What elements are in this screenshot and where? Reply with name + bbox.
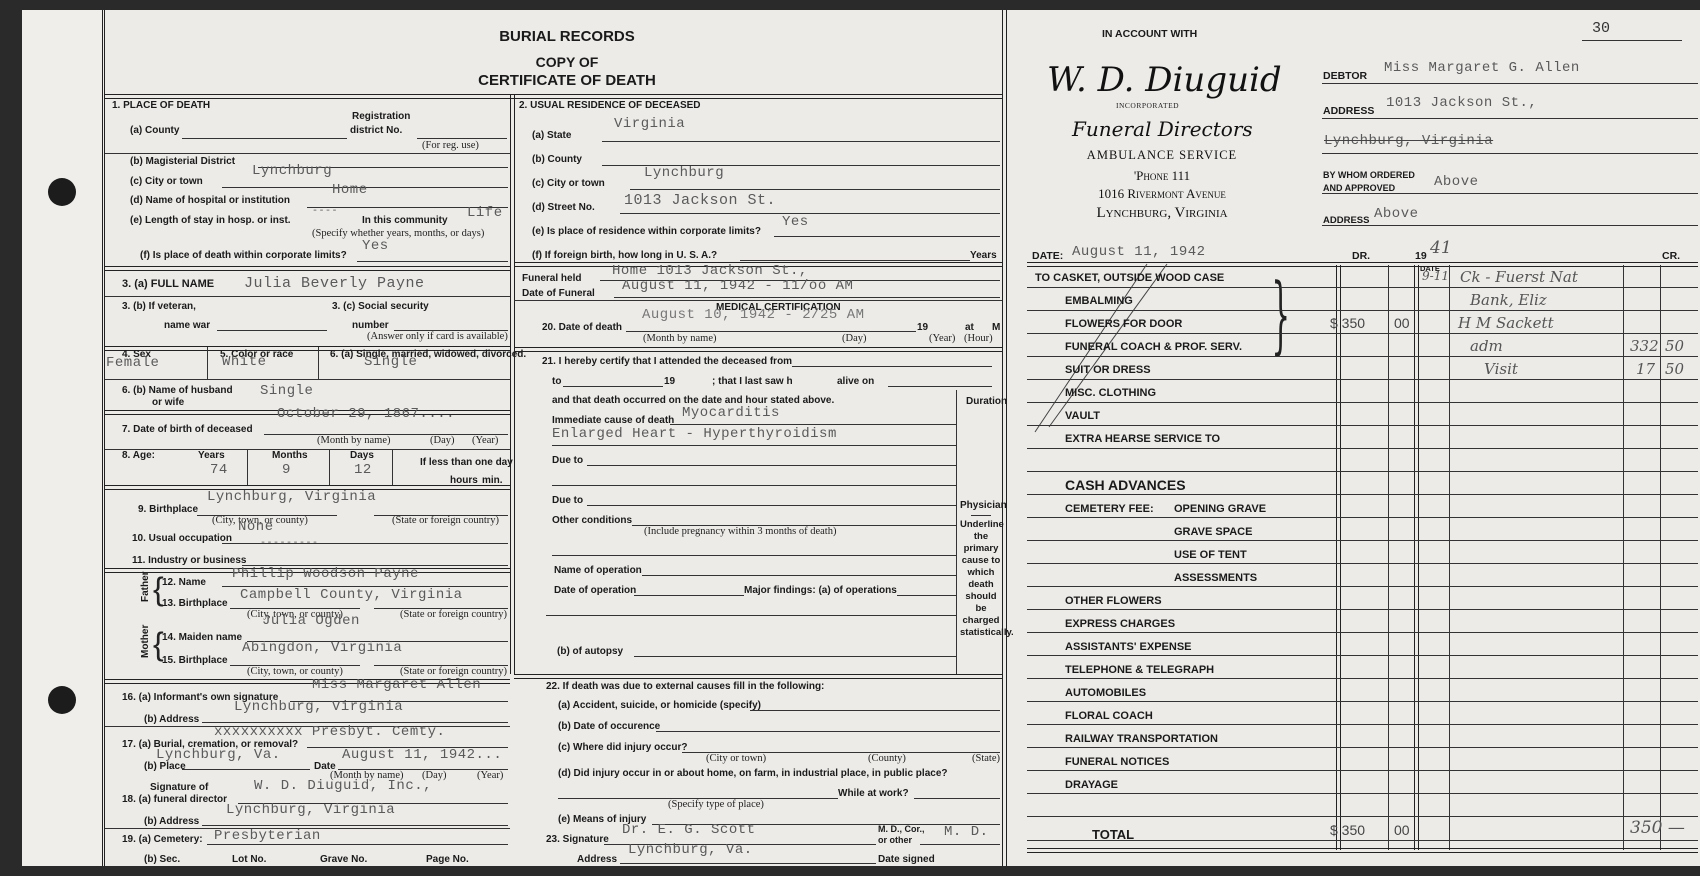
credit-note: Bank, Eliz [1470, 291, 1547, 309]
hint-year: (Year) [477, 770, 503, 781]
year-handwritten: 41 [1430, 238, 1452, 258]
ledger-item: FLOWERS FOR DOOR [1065, 318, 1182, 330]
hint-city: (City, town, or county) [247, 666, 343, 677]
full-name-label: 3. (a) FULL NAME [122, 278, 214, 290]
debtor-city-value: Lynchburg, Virginia [1324, 133, 1493, 149]
certify-label: 21. I hereby certify that I attended the… [542, 356, 792, 367]
rule [1027, 425, 1698, 426]
ordered-address-value: Above [1374, 206, 1419, 222]
column-date [1414, 265, 1419, 850]
rule [1027, 632, 1698, 633]
burial-date-value: August 11, 1942... [342, 747, 502, 763]
rule [182, 769, 310, 770]
rule [105, 379, 510, 380]
page-divider [1002, 10, 1007, 866]
rule [105, 153, 510, 154]
debtor-address-label: ADDRESS [1323, 105, 1374, 117]
rule [1027, 471, 1698, 472]
year-prefix: 19 [917, 322, 928, 333]
street-label: 1016 Rivermont Avenue [1077, 186, 1247, 202]
informant-signature-value: Miss Margaret Allen [312, 677, 481, 693]
rule [207, 347, 208, 379]
rule [1027, 770, 1698, 771]
rule [207, 844, 508, 845]
rule [514, 674, 1002, 679]
date-col-value: 9-11 [1422, 269, 1449, 283]
residence-heading: 2. USUAL RESIDENCE OF DECEASED [519, 100, 701, 111]
signature-label: 23. Signature [546, 834, 609, 845]
credit-amount-cents: 50 [1665, 337, 1684, 355]
rule [1322, 118, 1698, 119]
ledger-item: MISC. CLOTHING [1065, 387, 1156, 399]
ssn-label: 3. (c) Social security [332, 301, 429, 312]
hint-month: (Month by name) [643, 333, 717, 344]
informant-address-label: (b) Address [144, 714, 199, 725]
external-heading: 22. If death was due to external causes … [546, 681, 824, 692]
ledger-item: CEMETERY FEE: [1065, 503, 1154, 515]
rule [888, 386, 992, 387]
rule [417, 138, 507, 139]
rule [1027, 402, 1698, 403]
credit-note: H M Sackett [1458, 314, 1554, 332]
rule [740, 260, 970, 261]
hint-county: (County) [868, 753, 906, 764]
rule [670, 424, 956, 425]
spouse-value: Single [260, 383, 313, 399]
rule [656, 731, 1000, 732]
rule [552, 445, 956, 446]
occurrence-label: (b) Date of occurence [558, 721, 660, 732]
rule [614, 297, 1000, 298]
director-value: W. D. Diuguid, Inc., [254, 778, 432, 794]
duration-label: Duration [966, 396, 1007, 407]
rule [1027, 678, 1698, 679]
specify-hint: (Specify whether years, months, or days) [312, 228, 484, 239]
physician-note-line: Physician [960, 500, 1002, 512]
director-address-label: (b) Address [144, 816, 199, 827]
op-date-label: Date of operation [554, 585, 636, 596]
hospital-label: (d) Name of hospital or institution [130, 195, 290, 206]
physician-note-line: statistically. [960, 627, 1002, 639]
rule [392, 449, 393, 485]
sig-address-label: Address [577, 854, 617, 865]
rule [546, 615, 956, 616]
spouse-label-2: or wife [152, 397, 184, 408]
rule [750, 710, 1000, 711]
corporate-value: Yes [362, 238, 389, 254]
sec-label: (b) Sec. [144, 854, 180, 865]
years-label: Years [970, 250, 997, 261]
rule [182, 138, 347, 139]
while-work-label: While at work? [838, 788, 909, 799]
mother-birthplace-label: 15. Birthplace [162, 655, 228, 666]
rule [602, 141, 1000, 142]
lot-label: Lot No. [232, 854, 266, 865]
rule [1027, 333, 1698, 334]
age-days-value: 12 [354, 462, 372, 478]
age-label: 8. Age: [122, 450, 155, 461]
state-label: (a) State [532, 130, 571, 141]
physician-note-line: should be [960, 591, 1002, 615]
due-to-label: Due to [552, 455, 583, 466]
industry-value: --------- [260, 538, 319, 549]
rule [634, 595, 744, 596]
birthplace-label: 9. Birthplace [138, 504, 198, 515]
ledger-item: OPENING GRAVE [1174, 503, 1266, 515]
punch-hole-icon [48, 686, 76, 714]
date-signed-label: Date signed [878, 854, 935, 865]
accident-label: (a) Accident, suicide, or homicide (spec… [558, 700, 761, 711]
rule [1027, 586, 1698, 587]
father-birthplace-value: Campbell County, Virginia [240, 587, 463, 603]
rule [563, 386, 663, 387]
rule [620, 863, 876, 864]
rule [914, 798, 1000, 799]
column-dollars [1336, 265, 1341, 850]
rule [105, 94, 1002, 99]
rule [587, 505, 956, 506]
res-city-value: Lynchburg [644, 165, 724, 181]
place-type-label: (d) Did injury occur in or about home, o… [558, 768, 947, 779]
hint-hour: (Hour) [964, 333, 993, 344]
ledger-item: RAILWAY TRANSPORTATION [1065, 733, 1218, 745]
year-prefix: 19 [1415, 250, 1427, 262]
operation-label: Name of operation [554, 565, 642, 576]
rule [552, 555, 956, 556]
death-date-value: August 10, 1942 - 2/25 AM [642, 307, 865, 323]
rule [1027, 540, 1698, 541]
ledger-item: DRAYAGE [1065, 779, 1118, 791]
credit-total: 350 — [1630, 818, 1685, 838]
funeral-held-label: Funeral held [522, 273, 581, 284]
rule [1027, 816, 1698, 817]
debtor-address-value: 1013 Jackson St., [1386, 95, 1537, 111]
ordered-value: Above [1434, 174, 1479, 190]
mother-maiden-label: 14. Maiden name [162, 632, 242, 643]
debtor-label: DEBTOR [1323, 70, 1367, 82]
charge-cents: 00 [1394, 315, 1410, 331]
firm-name-logo: W. D. Diuguid [1047, 60, 1282, 100]
punch-hole-icon [48, 178, 76, 206]
street-value: 1013 Jackson St. [624, 192, 776, 209]
ledger-item: EXPRESS CHARGES [1065, 618, 1175, 630]
rule [1027, 379, 1698, 380]
hospital-value: Home [332, 182, 368, 198]
account-date-label: DATE: [1032, 250, 1063, 262]
stay-label: (e) Length of stay in hosp. or inst. [130, 215, 291, 226]
rule [1027, 655, 1698, 656]
hint-state: (State or foreign country) [400, 666, 507, 677]
rule [920, 844, 1000, 845]
ledger-item: TO CASKET, OUTSIDE WOOD CASE [1035, 272, 1224, 284]
place-of-death-heading: 1. PLACE OF DEATH [112, 100, 210, 111]
rule [1027, 287, 1698, 288]
community-label: In this community [362, 215, 448, 226]
father-name-value: Phillip Woodson Payne [232, 566, 419, 582]
rule [1027, 848, 1698, 853]
alive-label: alive on [837, 376, 874, 387]
rule [514, 300, 1002, 301]
rule [105, 266, 510, 271]
father-side-label: Father [140, 571, 151, 602]
cert-title-3: CERTIFICATE OF DEATH [387, 72, 747, 89]
due-to-label: Due to [552, 495, 583, 506]
or-other-label: or other [878, 835, 912, 845]
ssn-number-label: number [352, 320, 389, 331]
ledger-item: TELEPHONE & TELEGRAPH [1065, 664, 1214, 676]
rule [587, 465, 956, 466]
ledger-item: SUIT OR DRESS [1065, 364, 1151, 376]
director-sig-label: Signature of [150, 782, 208, 793]
rule [1027, 448, 1698, 449]
brace-icon: } [1271, 272, 1290, 356]
rule [318, 347, 319, 379]
funeral-held-value: Home 1013 Jackson St., [612, 263, 808, 279]
cr-label: CR. [1662, 250, 1680, 262]
burial-value: xxxxxxxxxx Presbyt. Cemty. [214, 724, 445, 740]
name-war-label: name war [164, 320, 210, 331]
total-amount: $ 350 [1330, 822, 1365, 838]
community-value: Life [467, 205, 503, 221]
street-label: (d) Street No. [532, 202, 595, 213]
immediate-cause-label: Immediate cause of death [552, 415, 674, 426]
rule [217, 330, 327, 331]
marital-value: Single [364, 354, 417, 370]
year-prefix: 19 [664, 376, 675, 387]
total-cents: 00 [1394, 822, 1410, 838]
director-address-value: Lynchburg, Virginia [226, 802, 395, 818]
res-county-label: (b) County [532, 154, 582, 165]
binder-margin [22, 10, 105, 866]
father-name-label: 12. Name [162, 577, 206, 588]
specify-hint: (Specify type of place) [668, 799, 764, 810]
ledger-item: AUTOMOBILES [1065, 687, 1146, 699]
hint-state: (State or foreign country) [392, 515, 499, 526]
funeral-date-label: Date of Funeral [522, 288, 595, 299]
rule [514, 347, 1002, 352]
md-value: M. D. [944, 824, 989, 840]
ledger-item: GRAVE SPACE [1174, 526, 1252, 538]
birth-date-label: 7. Date of birth of deceased [122, 424, 253, 435]
m-label: M [992, 322, 1000, 333]
rule [1027, 701, 1698, 702]
physician-note: Physician Underline the primary cause to… [960, 500, 1002, 639]
phone-label: 'Phone 111 [1077, 168, 1247, 184]
mother-maiden-value: Julia Ogden [262, 613, 360, 629]
full-name-value: Julia Beverly Payne [244, 275, 425, 292]
rule [1027, 356, 1698, 357]
rule [357, 261, 508, 262]
ledger-item: ASSESSMENTS [1174, 572, 1257, 584]
credit-note: adm [1470, 337, 1503, 355]
credit-amount-cents: 50 [1665, 360, 1684, 378]
rule [630, 189, 1000, 190]
ledger-item: ASSISTANTS' EXPENSE [1065, 641, 1192, 653]
signature-value: Dr. E. G. Scott [622, 822, 756, 838]
ledger-item: EXTRA HEARSE SERVICE TO [1065, 433, 1220, 445]
column-cr-dollars [1623, 265, 1624, 850]
cemetery-value: Presbyterian [214, 828, 321, 844]
ledger-item: FUNERAL COACH & PROF. SERV. [1065, 341, 1242, 353]
mother-birthplace-value: Abingdon, Virginia [242, 640, 402, 656]
rule [329, 449, 330, 485]
page-number: 30 [1592, 20, 1610, 37]
tagline: Funeral Directors [1072, 117, 1253, 141]
foreign-label: (f) If foreign birth, how long in U. S. … [532, 250, 717, 261]
rule [1027, 494, 1698, 495]
city-label: (c) City or town [130, 176, 203, 187]
marital-label: 6. (a) Single, married, widowed, divorce… [330, 349, 526, 360]
city-label: Lynchburg, Virginia [1077, 205, 1247, 222]
hint-year: (Year) [472, 435, 498, 446]
funeral-date-value: August 11, 1942 - 11/oo AM [622, 278, 853, 294]
in-account-with: IN ACCOUNT WITH [1102, 28, 1197, 40]
birth-date-value: October 29, 1867.... [277, 406, 455, 422]
physician-note-line: which death [960, 567, 1002, 591]
age-months-label: Months [272, 450, 308, 461]
rule [202, 722, 508, 723]
charge-amount: $ 350 [1330, 315, 1365, 331]
rule [642, 575, 956, 576]
mother-side-label: Mother [140, 625, 151, 658]
cemetery-label: 19. (a) Cemetery: [122, 834, 203, 845]
rule [792, 366, 992, 367]
ledger-item: FUNERAL NOTICES [1065, 756, 1169, 768]
rule [1027, 793, 1698, 794]
county-label: (a) County [130, 125, 179, 136]
immediate-cause-value: Myocarditis [682, 405, 780, 421]
where-label: (c) Where did injury occur? [558, 742, 687, 753]
secondary-cause-value: Enlarged Heart - Hyperthyroidism [552, 426, 837, 442]
res-city-label: (c) City or town [532, 178, 605, 189]
industry-label: 11. Industry or business [132, 555, 246, 566]
rule [1322, 193, 1698, 194]
grave-label: Grave No. [320, 854, 367, 865]
district-label: district No. [350, 125, 402, 136]
rule [971, 515, 991, 516]
rule [620, 213, 1000, 214]
hint-state: (State or foreign country) [400, 609, 507, 620]
birthplace-value: Lynchburg, Virginia [207, 489, 376, 505]
reg-use-hint: (For reg. use) [422, 140, 479, 151]
column-cents [1388, 265, 1389, 850]
rule [105, 296, 510, 297]
rule [897, 595, 956, 596]
rule [1027, 563, 1698, 564]
hint-year: (Year) [929, 333, 955, 344]
age-years-value: 74 [210, 462, 228, 478]
debtor-value: Miss Margaret G. Allen [1384, 60, 1580, 76]
informant-address-value: Lynchburg, Virginia [234, 699, 403, 715]
magisterial-label: (b) Magisterial District [130, 156, 235, 167]
rule [1322, 83, 1698, 84]
rule [774, 236, 1000, 237]
occupation-label: 10. Usual occupation [132, 533, 232, 544]
stay-value: ---- [312, 206, 338, 217]
document-sheet: BURIAL RECORDS COPY OF CERTIFICATE OF DE… [22, 10, 1700, 866]
ledger-item: EMBALMING [1065, 295, 1133, 307]
director-label: 18. (a) funeral director [122, 794, 227, 805]
veteran-label: 3. (b) If veteran, [122, 301, 196, 312]
state-value: Virginia [614, 116, 685, 132]
dr-label: DR. [1352, 250, 1370, 262]
rule [1027, 609, 1698, 610]
rule [1322, 225, 1698, 226]
approved-label: AND APPROVED [1323, 183, 1395, 193]
physician-note-line: Underline [960, 519, 1002, 531]
res-corporate-label: (e) Is place of residence within corpora… [532, 226, 761, 237]
rule [1027, 517, 1698, 518]
pregnancy-hint: (Include pregnancy within 3 months of de… [644, 526, 836, 537]
race-value: White [222, 354, 267, 370]
spouse-label: 6. (b) Name of husband [122, 385, 233, 396]
autopsy-label: (b) of autopsy [557, 646, 623, 657]
ordered-label: BY WHOM ORDERED [1323, 170, 1415, 180]
other-conditions-label: Other conditions [552, 515, 632, 526]
column-notes [1449, 265, 1450, 850]
credit-note: Ck - Fuerst Nat [1460, 268, 1578, 286]
last-saw-label: ; that I last saw h [712, 376, 793, 387]
sex-value: Female [106, 355, 159, 371]
rule [1027, 310, 1698, 311]
rule [1582, 40, 1682, 41]
hint-state: (State) [972, 753, 1000, 764]
service-label: AMBULANCE SERVICE [1077, 148, 1247, 163]
column-divider [510, 94, 515, 674]
physician-note-line: charged [960, 615, 1002, 627]
rule [1027, 747, 1698, 748]
cash-advances-heading: CASH ADVANCES [1065, 477, 1186, 493]
cert-title-2: COPY OF [387, 54, 747, 70]
rule [552, 485, 956, 486]
page-label: Page No. [426, 854, 469, 865]
res-corporate-value: Yes [782, 214, 809, 230]
account-date-value: August 11, 1942 [1072, 244, 1206, 260]
credit-note: Visit [1484, 360, 1518, 378]
rule [956, 390, 957, 675]
rule [247, 449, 248, 485]
ledger-item: OTHER FLOWERS [1065, 595, 1162, 607]
credit-amount-dollars: 17 [1636, 360, 1655, 378]
cert-title-1: BURIAL RECORDS [387, 28, 747, 45]
sig-address-value: Lynchburg, Va. [628, 842, 753, 858]
rule [1027, 840, 1698, 841]
registration-label: Registration [352, 111, 410, 122]
death-city-value: Lynchburg [252, 163, 332, 179]
physician-note-line: the primary [960, 531, 1002, 555]
findings-label: Major findings: (a) of operations [744, 585, 897, 596]
rule [1322, 153, 1698, 154]
burial-place-label: (b) Place [144, 761, 186, 772]
corporate-label: (f) Is place of death within corporate l… [140, 250, 347, 261]
less-than-day-label: If less than one day [420, 457, 513, 468]
hint-day: (Day) [842, 333, 867, 344]
hint-month: (Month by name) [317, 435, 391, 446]
rule [634, 656, 956, 657]
occupation-value: None [238, 519, 274, 535]
age-months-value: 9 [282, 462, 291, 478]
death-date-label: 20. Date of death [542, 322, 622, 333]
to-label: to [552, 376, 561, 387]
ledger-item: USE OF TENT [1174, 549, 1247, 561]
rule [1027, 724, 1698, 725]
physician-note-line: cause to [960, 555, 1002, 567]
credit-amount-dollars: 332 [1630, 337, 1659, 355]
age-days-label: Days [350, 450, 374, 461]
md-label: M. D., Cor., [878, 824, 925, 834]
ledger-item: VAULT [1065, 410, 1100, 422]
age-years-label: Years [198, 450, 225, 461]
